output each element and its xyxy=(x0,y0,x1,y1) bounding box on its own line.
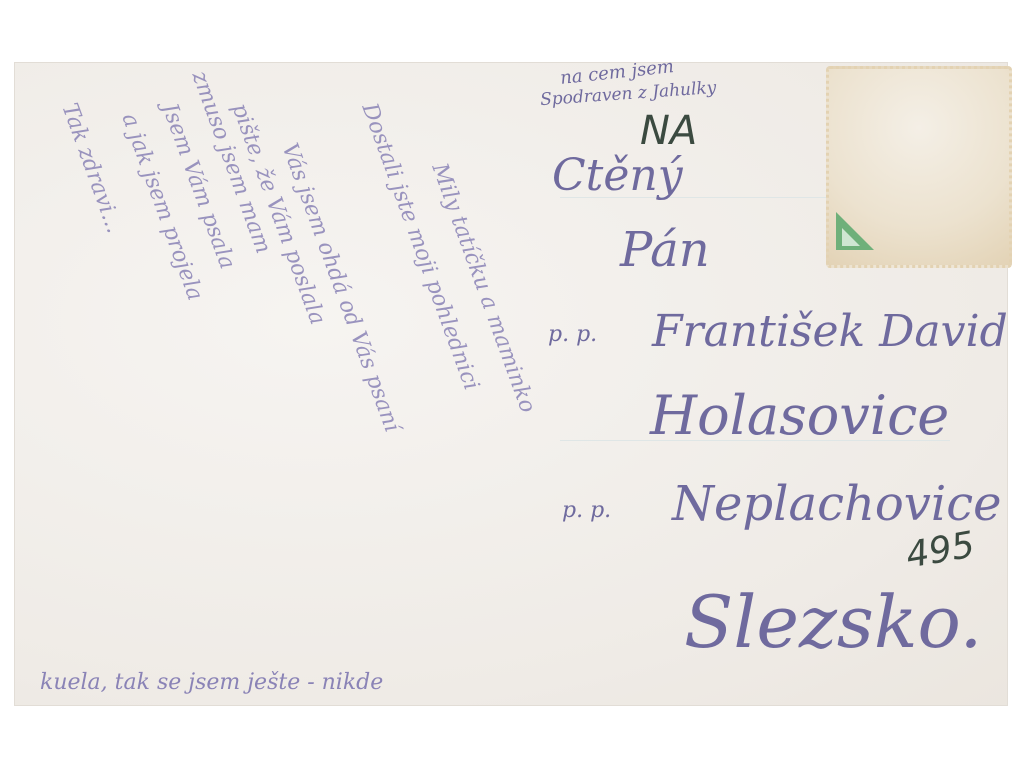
address-town: Holasovice xyxy=(650,384,949,447)
address-post: Neplachovice xyxy=(672,476,1002,532)
message-bottom-line: kuela, tak se jsem ješte - nikde xyxy=(40,670,383,695)
address-post-prefix: p. p. xyxy=(562,498,611,523)
message-body: zmuso jsem mam Jsem Vám psala pište, že … xyxy=(20,60,560,700)
stamp-fragment-detail xyxy=(842,228,860,246)
address-region: Slezsko. xyxy=(684,580,982,664)
address-name: František David xyxy=(652,306,1008,357)
address-title: Pán xyxy=(620,222,710,278)
message-line: Tak zdravi... xyxy=(57,100,127,237)
address-salutation: Ctěný xyxy=(552,150,683,201)
pencil-mark-top: NA xyxy=(640,108,697,154)
